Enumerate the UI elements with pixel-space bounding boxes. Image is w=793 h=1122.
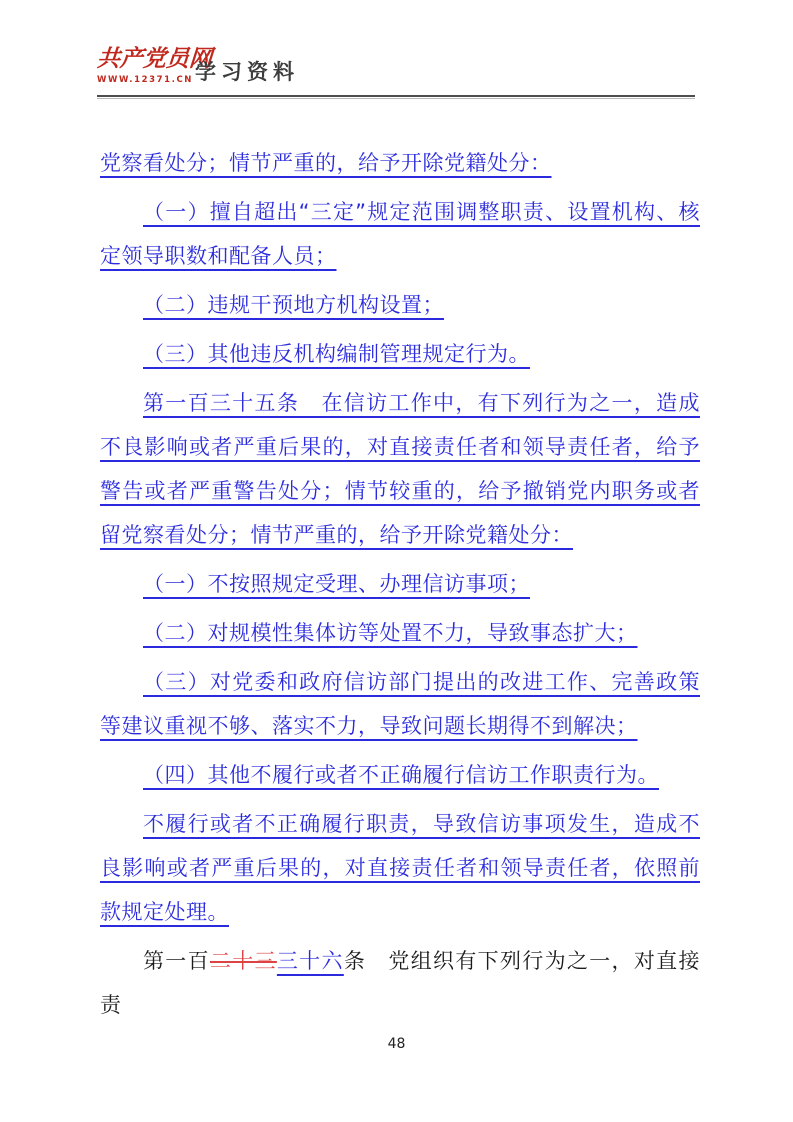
paragraph: 不履行或者不正确履行职责，导致信访事项发生，造成不良影响或者严重后果的，对直接责…	[100, 802, 700, 934]
body-text: 第一百	[143, 949, 210, 973]
paragraph: 党察看处分；情节严重的，给予开除党籍处分：	[100, 141, 700, 185]
paragraph: 第一百三十五条 在信访工作中，有下列行为之一，造成不良影响或者严重后果的，对直接…	[100, 381, 700, 557]
paragraph: （二）违规干预地方机构设置；	[100, 283, 700, 327]
inserted-text: 党察看处分；情节严重的，给予开除党籍处分：	[100, 151, 552, 175]
inserted-text: （四）其他不履行或者不正确履行信访工作职责行为。	[143, 763, 659, 787]
inserted-text: 第一百三十五条 在信访工作中，有下列行为之一，造成不良影响或者严重后果的，对直接…	[100, 391, 700, 547]
paragraph: （一）擅自超出“三定”规定范围调整职责、设置机构、核定领导职数和配备人员；	[100, 190, 700, 278]
inserted-text: （二）对规模性集体访等处置不力，导致事态扩大；	[143, 621, 638, 645]
paragraph: （三）其他违反机构编制管理规定行为。	[100, 332, 700, 376]
inserted-text: （一）不按照规定受理、办理信访事项；	[143, 572, 530, 596]
header-title: 学习资料	[195, 56, 299, 86]
inserted-text: （三）对党委和政府信访部门提出的改进工作、完善政策等建议重视不够、落实不力，导致…	[100, 670, 700, 738]
inserted-text: （一）擅自超出“三定”规定范围调整职责、设置机构、核定领导职数和配备人员；	[100, 200, 700, 268]
document-body: 党察看处分；情节严重的，给予开除党籍处分：（一）擅自超出“三定”规定范围调整职责…	[100, 141, 700, 1032]
header-divider	[97, 95, 695, 99]
page-header: 共产党员网 WWW.12371.CN 学习资料	[97, 44, 697, 94]
deleted-text: 二十三	[210, 949, 277, 973]
page-number: 48	[0, 1036, 793, 1052]
inserted-text: （三）其他违反机构编制管理规定行为。	[143, 342, 530, 366]
inserted-text: 不履行或者不正确履行职责，导致信访事项发生，造成不良影响或者严重后果的，对直接责…	[100, 812, 700, 924]
paragraph: （一）不按照规定受理、办理信访事项；	[100, 562, 700, 606]
paragraph: （四）其他不履行或者不正确履行信访工作职责行为。	[100, 753, 700, 797]
paragraph: （二）对规模性集体访等处置不力，导致事态扩大；	[100, 611, 700, 655]
inserted-text: 三十六	[277, 949, 344, 973]
site-logo: 共产党员网 WWW.12371.CN	[97, 44, 189, 85]
paragraph: （三）对党委和政府信访部门提出的改进工作、完善政策等建议重视不够、落实不力，导致…	[100, 660, 700, 748]
paragraph: 第一百二十三三十六条 党组织有下列行为之一，对直接责	[100, 939, 700, 1027]
inserted-text: （二）违规干预地方机构设置；	[143, 293, 444, 317]
site-logo-url: WWW.12371.CN	[97, 75, 189, 85]
